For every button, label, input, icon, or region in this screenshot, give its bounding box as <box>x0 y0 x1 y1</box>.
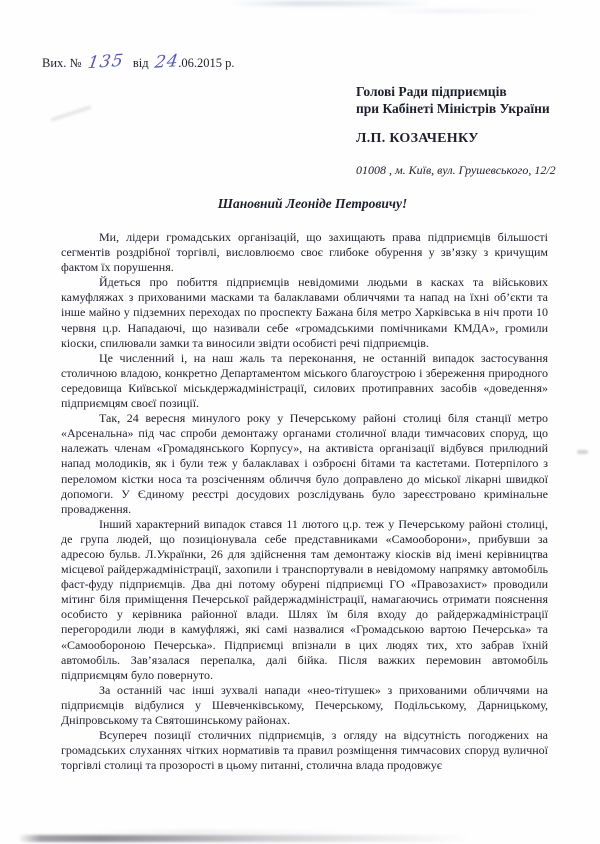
body-paragraph: Інший характерний випадок стався 11 люто… <box>61 517 548 683</box>
recipient-address: 01008 , м. Київ, вул. Грушевського, 12/2 <box>356 163 556 178</box>
scan-artifact-right-mark <box>577 450 588 454</box>
letter-body: Ми, лідери громадських організацій, що з… <box>61 230 548 773</box>
reference-line: Вих. №135від24.06.2015 р. <box>42 52 235 72</box>
scanned-letter-page: Вих. №135від24.06.2015 р. Голові Ради пі… <box>0 0 600 844</box>
ref-prefix: Вих. № <box>42 56 81 70</box>
ref-date: .06.2015 р. <box>178 56 234 70</box>
scan-artifact-bottom-shadow <box>18 835 470 842</box>
handwritten-day: 24 <box>153 51 180 73</box>
handwritten-outgoing-number: 135 <box>87 51 126 73</box>
body-paragraph: За останній час інші зухвалі напади «нео… <box>61 683 548 728</box>
recipient-block: Голові Ради підприємців при Кабінеті Мін… <box>356 83 556 178</box>
body-paragraph: Так, 24 вересня минулого року у Печерськ… <box>61 411 548 517</box>
body-paragraph: Всупереч позиції столичних підприємців, … <box>61 728 548 773</box>
ref-middle: від <box>133 56 149 70</box>
scan-artifact-bottom-shadow-light <box>90 830 350 834</box>
recipient-title-line1: Голові Ради підприємців <box>356 83 556 100</box>
salutation: Шановний Леоніде Петровичу! <box>69 196 556 212</box>
body-paragraph: Йдеться про побиття підприємців невідоми… <box>61 275 548 350</box>
scan-artifact-left-streak <box>51 106 92 122</box>
body-paragraph: Ми, лідери громадських організацій, що з… <box>61 230 548 275</box>
recipient-name: Л.П. КОЗАЧЕНКУ <box>356 131 556 147</box>
scan-artifact-top-smudge-2 <box>380 9 540 13</box>
scan-artifact-top-smudge <box>228 1 433 6</box>
recipient-title-line2: при Кабінеті Міністрів України <box>356 100 556 117</box>
body-paragraph: Це численний і, на наш жаль та переконан… <box>61 351 548 411</box>
